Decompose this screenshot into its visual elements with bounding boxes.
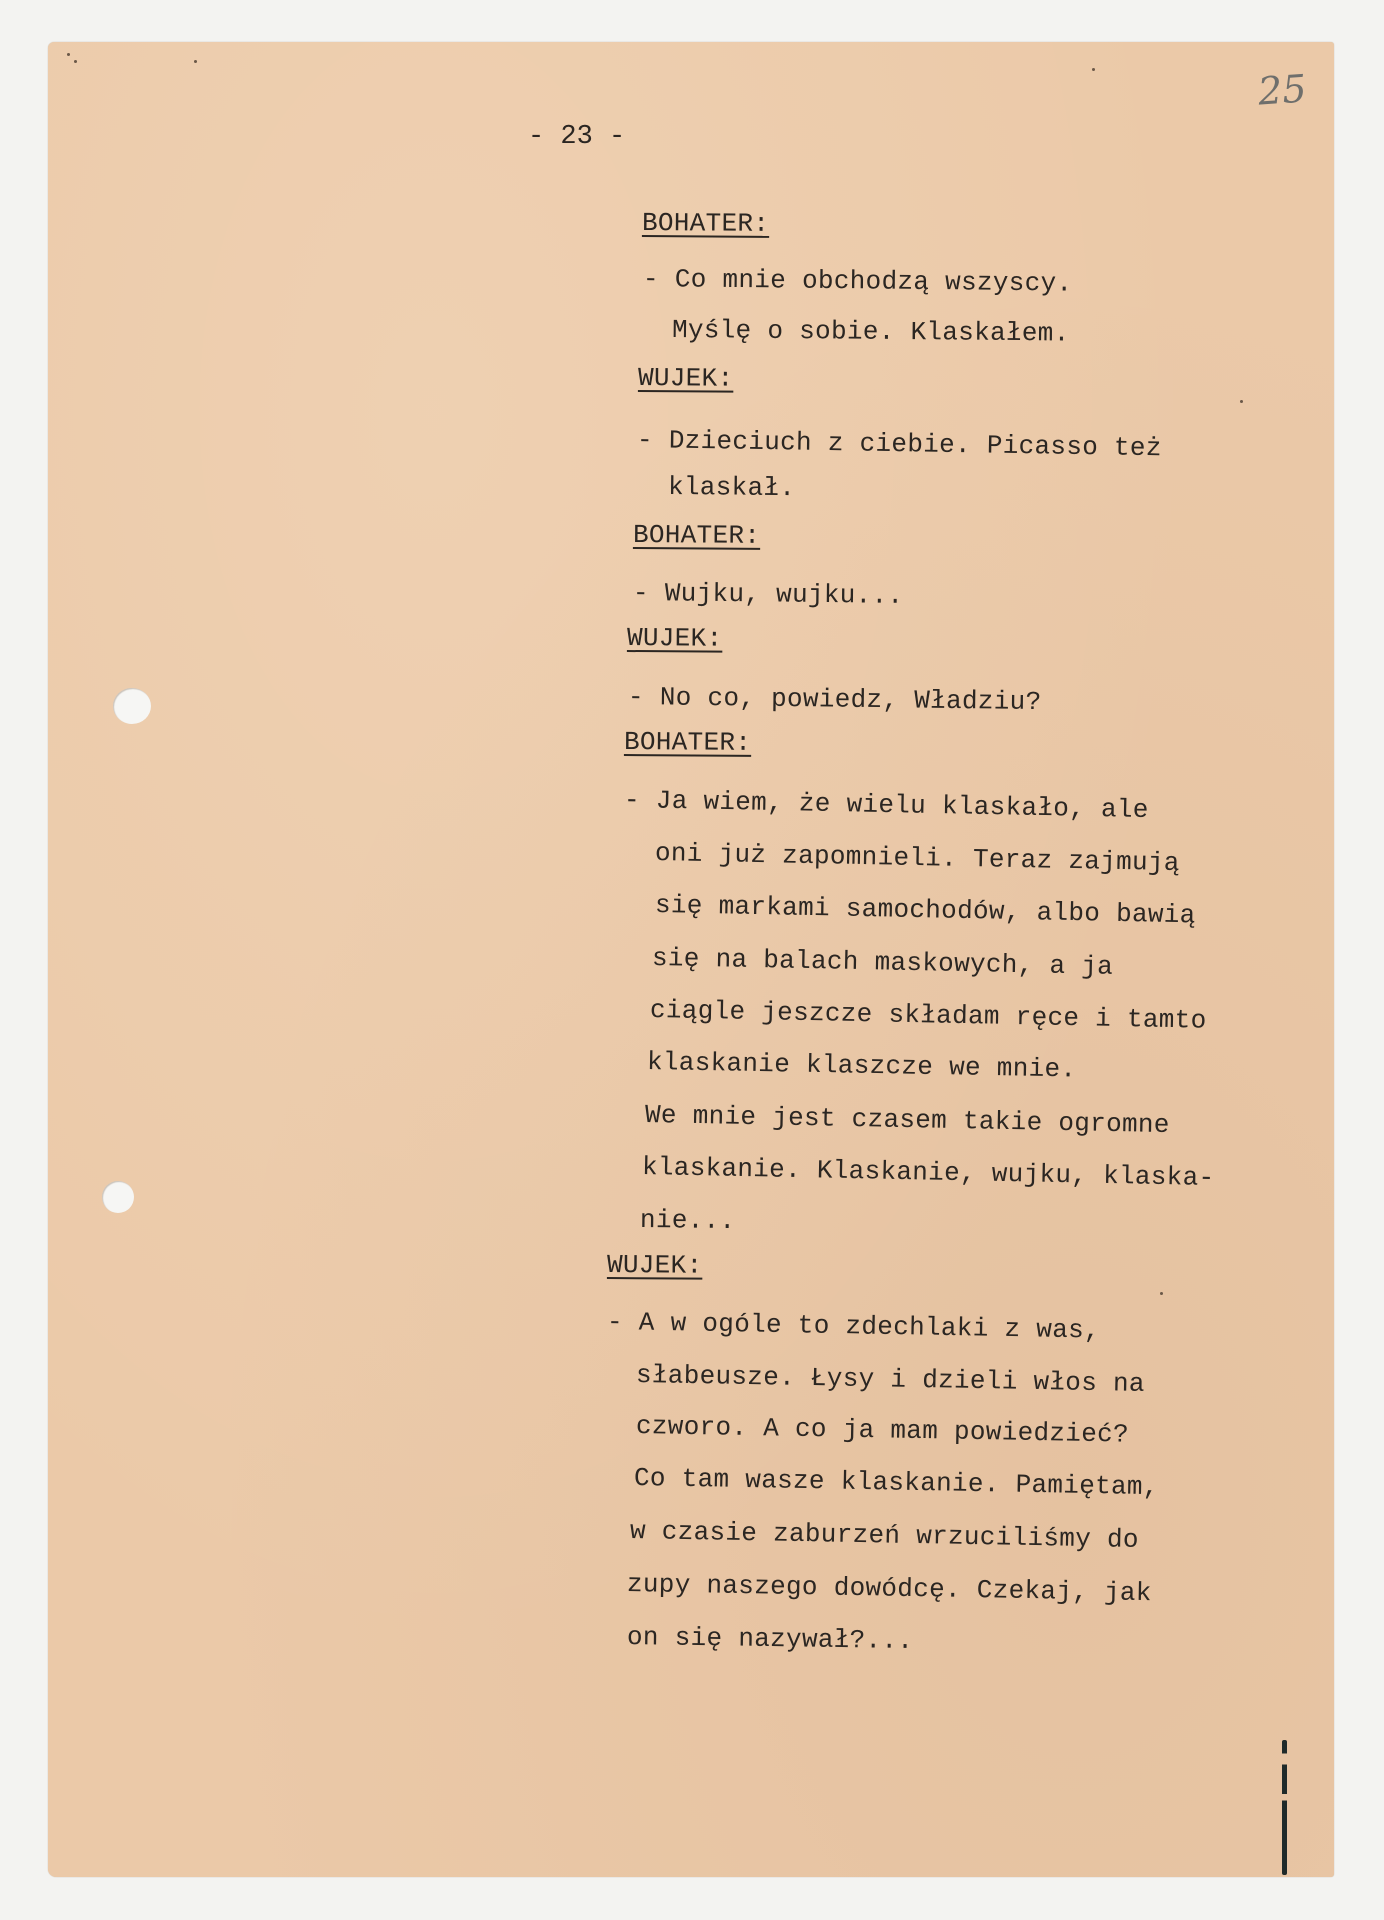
dialogue-line: Myślę o sobie. Klaskałem.: [672, 315, 1070, 348]
ink-mark: [1282, 1740, 1287, 1875]
punch-hole: [113, 688, 151, 724]
dialogue-line: nie...: [640, 1205, 736, 1236]
punch-hole: [102, 1181, 134, 1213]
paper-speck: [194, 60, 197, 63]
dialogue-line: klaskał.: [668, 472, 795, 503]
speaker-label: BOHATER:: [624, 727, 751, 758]
speaker-label: BOHATER:: [633, 520, 760, 551]
dialogue-line: - No co, powiedz, Władziu?: [628, 682, 1042, 717]
dialogue-line: on się nazywał?...: [627, 1622, 914, 1656]
paper-speck: [74, 60, 77, 63]
paper-speck: [1092, 68, 1095, 71]
dialogue-line: - Wujku, wujku...: [633, 578, 904, 611]
scanned-page: 25 - 23 - BOHATER: - Co mnie obchodzą ws…: [0, 0, 1384, 1920]
dialogue-line: - Co mnie obchodzą wszyscy.: [643, 264, 1073, 298]
speaker-label: BOHATER:: [642, 208, 769, 239]
paper-speck: [1240, 400, 1243, 403]
paper-speck: [67, 53, 70, 56]
speaker-label: WUJEK:: [607, 1250, 703, 1281]
speaker-label: WUJEK:: [638, 363, 734, 394]
archive-page-number: 25: [1257, 66, 1308, 113]
paper-speck: [1160, 1292, 1163, 1295]
page-number: - 23 -: [528, 122, 625, 152]
speaker-label: WUJEK:: [627, 623, 723, 654]
